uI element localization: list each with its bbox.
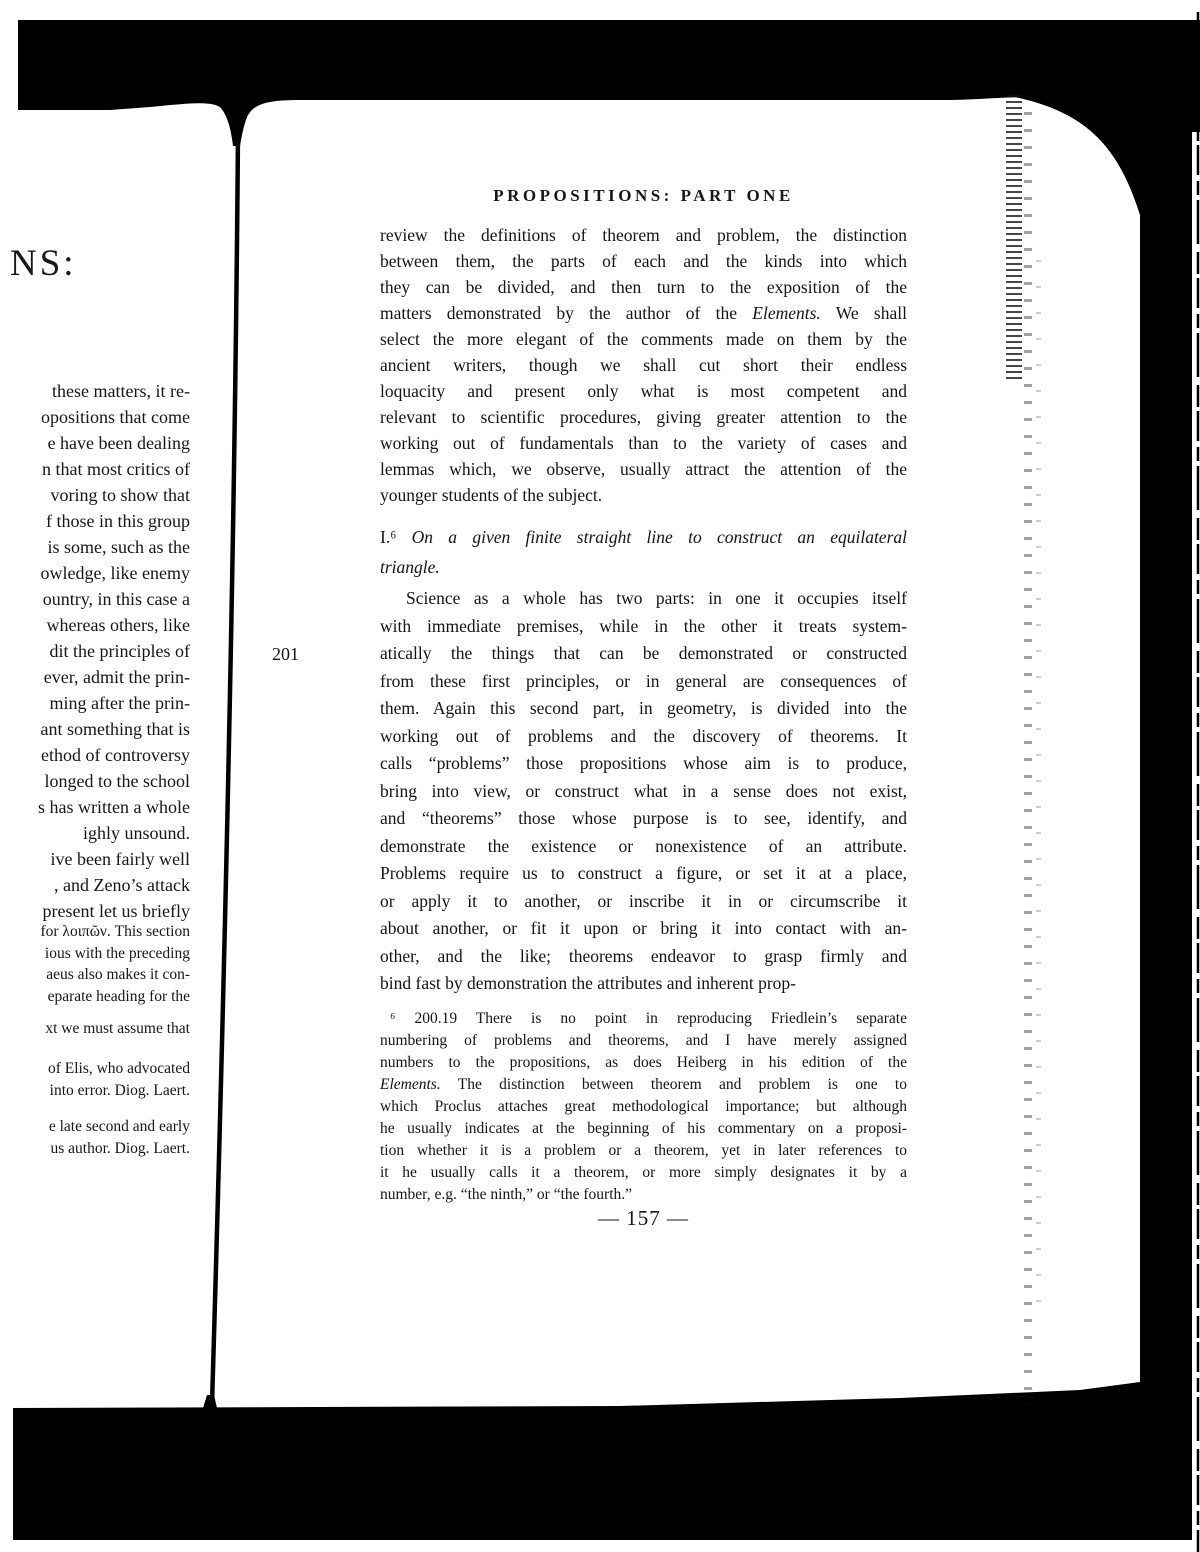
scan-streak-artifact bbox=[1036, 260, 1041, 1320]
paragraph-2: Science as a whole has two parts: in one… bbox=[380, 585, 907, 998]
left-page-body-fragment: these matters, it re-opositions that com… bbox=[38, 378, 190, 924]
running-head: PROPOSITIONS: PART ONE bbox=[380, 186, 907, 206]
bottom-scan-border bbox=[13, 1382, 1192, 1540]
scan-streak-artifact bbox=[1006, 95, 1022, 380]
right-scan-border bbox=[1140, 97, 1192, 1412]
proposition-heading: I.⁶ On a given finite straight line to c… bbox=[380, 522, 907, 582]
margin-line-number: 201 bbox=[272, 644, 299, 665]
page-number: — 157 — bbox=[380, 1206, 907, 1231]
right-scan-corner bbox=[1015, 97, 1140, 215]
left-page-footnote-fragment: for λοιπῶν. This sectionious with the pr… bbox=[40, 921, 190, 1007]
footnote: ⁶ 200.19 There is no point in reproducin… bbox=[380, 1008, 907, 1206]
left-page-footnote-fragment: e late second and earlyus author. Diog. … bbox=[49, 1116, 190, 1159]
left-page-header-fragment: NS: bbox=[10, 242, 77, 285]
book-gutter-flare bbox=[203, 1395, 217, 1408]
left-page-footnote-fragment: xt we must assume that bbox=[45, 1018, 190, 1040]
top-scan-border bbox=[18, 20, 1200, 146]
scan-streak-artifact bbox=[1024, 95, 1032, 1405]
book-gutter-line bbox=[212, 130, 238, 1404]
right-scan-border-top bbox=[1192, 97, 1200, 132]
paragraph-1: review the definitions of theorem and pr… bbox=[380, 222, 907, 508]
left-page-footnote-fragment: of Elis, who advocatedinto error. Diog. … bbox=[48, 1058, 190, 1101]
scanned-book-page: NS: these matters, it re-opositions that… bbox=[0, 0, 1200, 1552]
